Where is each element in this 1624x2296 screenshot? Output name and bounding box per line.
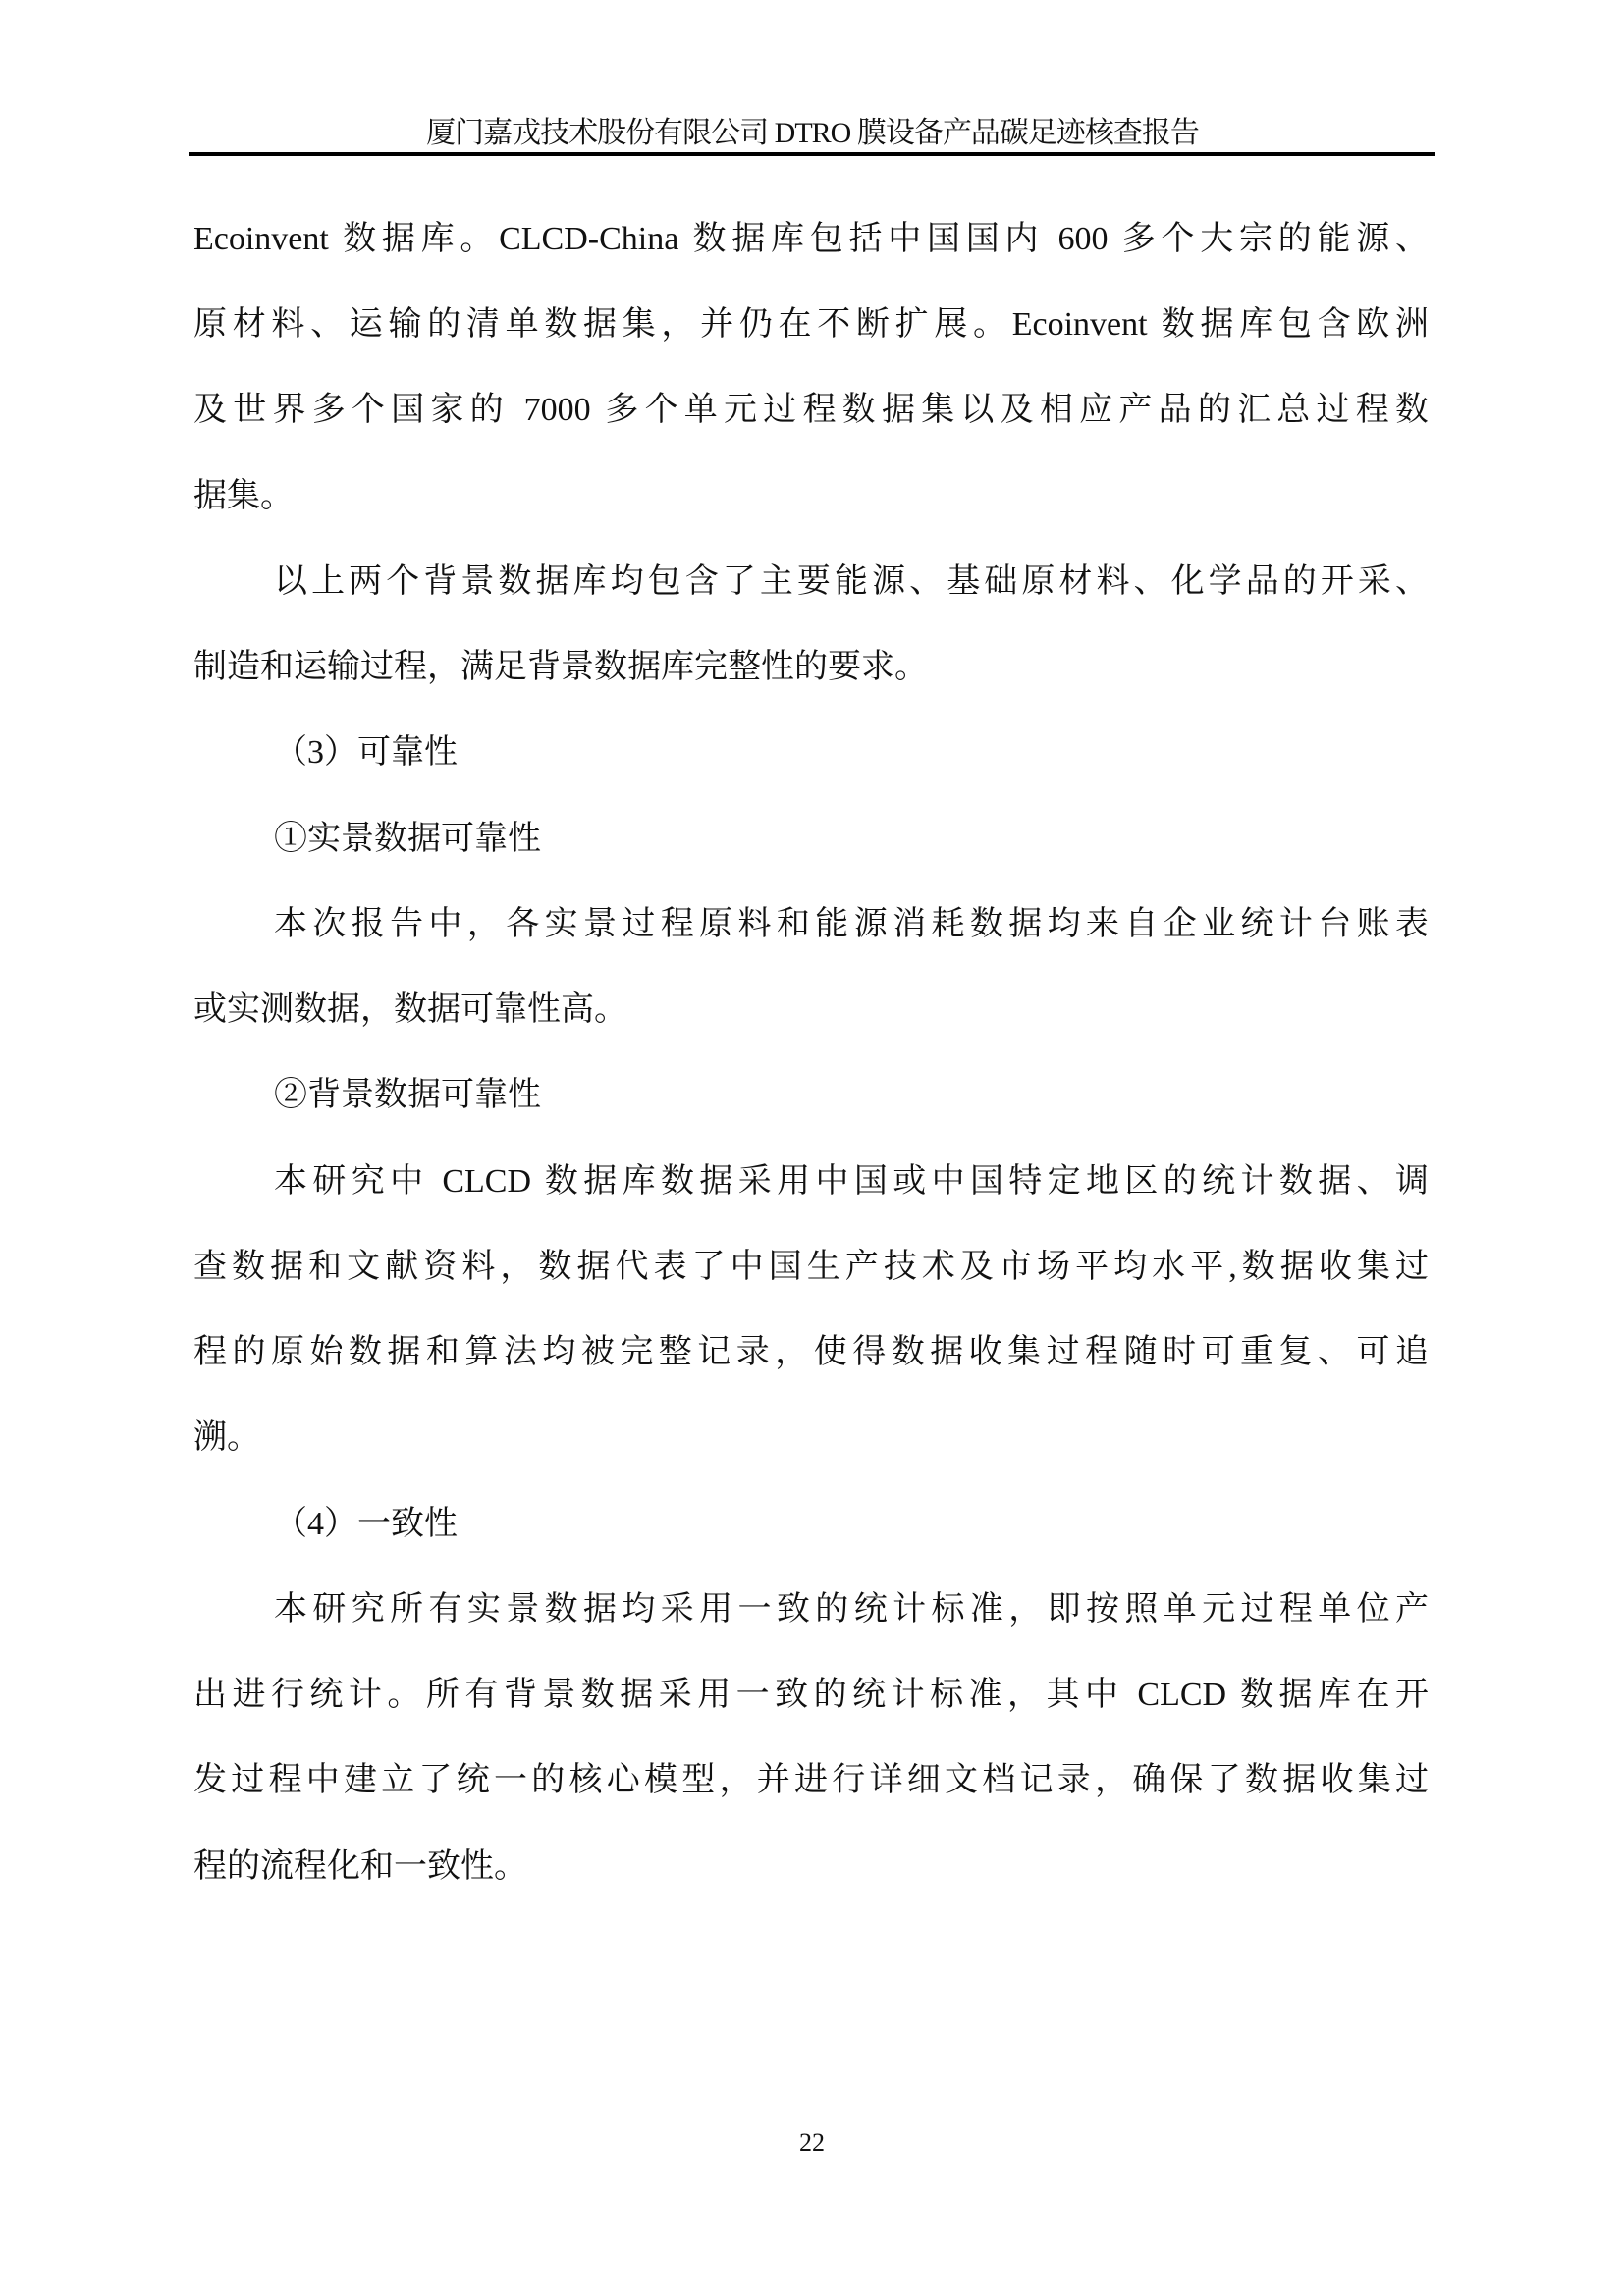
paragraph-line: 以上两个背景数据库均包含了主要能源、基础原材料、化学品的开采、: [274, 561, 1429, 604]
page-number: 22: [0, 2128, 1624, 2158]
paragraph-line: 本研究所有实景数据均采用一致的统计标准，即按照单元过程单位产: [274, 1588, 1429, 1631]
subheading-background-data-reliability: ②背景数据可靠性: [274, 1074, 1509, 1117]
paragraph-line: 程的流程化和一致性。: [193, 1845, 1429, 1889]
paragraph-line: 溯。: [193, 1416, 1429, 1460]
paragraph-line: 本研究中 CLCD 数据库数据采用中国或中国特定地区的统计数据、调: [274, 1160, 1429, 1203]
section-heading-consistency: （4）一致性: [274, 1503, 1509, 1546]
paragraph-line: 程的原始数据和算法均被完整记录，使得数据收集过程随时可重复、可追: [193, 1331, 1429, 1374]
paragraph-line: 及世界多个国家的 7000 多个单元过程数据集以及相应产品的汇总过程数: [193, 389, 1429, 432]
paragraph-line: 出进行统计。所有背景数据采用一致的统计标准，其中 CLCD 数据库在开: [193, 1674, 1429, 1717]
paragraph-line: 制造和运输过程，满足背景数据库完整性的要求。: [193, 646, 1429, 689]
paragraph-line: 或实测数据，数据可靠性高。: [193, 988, 1429, 1032]
running-header-title: 厦门嘉戎技术股份有限公司 DTRO 膜设备产品碳足迹核查报告: [189, 116, 1435, 151]
section-heading-reliability: （3）可靠性: [274, 731, 1509, 774]
paragraph-line: 发过程中建立了统一的核心模型，并进行详细文档记录，确保了数据收集过: [193, 1759, 1429, 1802]
paragraph-line: 原材料、运输的清单数据集，并仍在不断扩展。Ecoinvent 数据库包含欧洲: [193, 303, 1429, 347]
paragraph-line: 据集。: [193, 475, 1429, 518]
paragraph-line: Ecoinvent 数据库。CLCD-China 数据库包括中国国内 600 多…: [193, 218, 1429, 261]
subheading-foreground-data-reliability: ①实景数据可靠性: [274, 818, 1509, 861]
paragraph-line: 查数据和文献资料，数据代表了中国生产技术及市场平均水平,数据收集过: [193, 1246, 1429, 1289]
paragraph-line: 本次报告中，各实景过程原料和能源消耗数据均来自企业统计台账表: [274, 903, 1429, 946]
header-divider: [189, 152, 1435, 156]
